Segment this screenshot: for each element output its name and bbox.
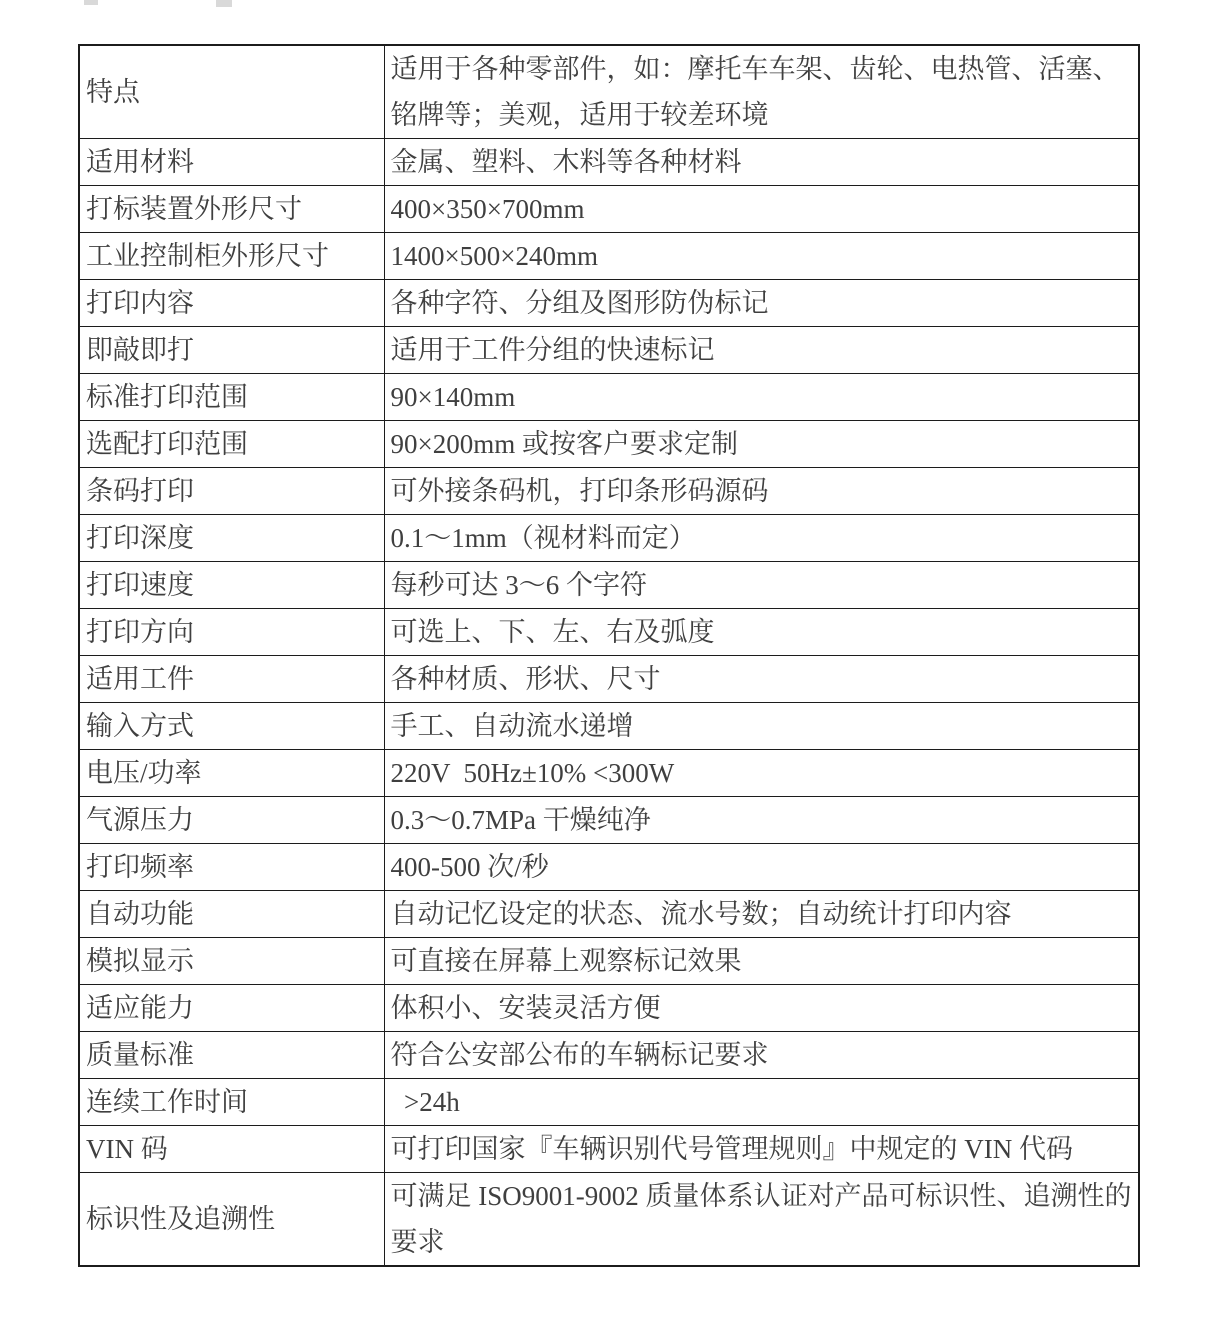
product-spec-table: 特点 适用于各种零部件，如：摩托车车架、齿轮、电热管、活塞、铭牌等；美观，适用于… [78,44,1140,1267]
table-row: 质量标准 符合公安部公布的车辆标记要求 [79,1032,1139,1079]
table-row: 特点 适用于各种零部件，如：摩托车车架、齿轮、电热管、活塞、铭牌等；美观，适用于… [79,45,1139,139]
spec-value: 可打印国家『车辆识别代号管理规则』中规定的 VIN 代码 [384,1126,1139,1173]
spec-value: 可直接在屏幕上观察标记效果 [384,938,1139,985]
spec-value: 可选上、下、左、右及弧度 [384,609,1139,656]
spec-value: 各种材质、形状、尺寸 [384,656,1139,703]
table-row: 电压/功率 220V 50Hz±10% <300W [79,750,1139,797]
spec-label: 条码打印 [79,468,384,515]
spec-label: 自动功能 [79,891,384,938]
spec-value: >24h [384,1079,1139,1126]
spec-value: 各种字符、分组及图形防伪标记 [384,280,1139,327]
table-row: 工业控制柜外形尺寸 1400×500×240mm [79,233,1139,280]
spec-value: 金属、塑料、木料等各种材料 [384,139,1139,186]
table-row: 模拟显示 可直接在屏幕上观察标记效果 [79,938,1139,985]
table-row: 自动功能 自动记忆设定的状态、流水号数；自动统计打印内容 [79,891,1139,938]
table-row: 打标装置外形尺寸 400×350×700mm [79,186,1139,233]
spec-value: 0.3～0.7MPa 干燥纯净 [384,797,1139,844]
spec-value: 400-500 次/秒 [384,844,1139,891]
table-row: 适用材料 金属、塑料、木料等各种材料 [79,139,1139,186]
table-row: 条码打印 可外接条码机，打印条形码源码 [79,468,1139,515]
table-row: 选配打印范围 90×200mm 或按客户要求定制 [79,421,1139,468]
table-row: 即敲即打 适用于工件分组的快速标记 [79,327,1139,374]
table-row: 标识性及追溯性 可满足 ISO9001-9002 质量体系认证对产品可标识性、追… [79,1173,1139,1267]
spec-value: 适用于工件分组的快速标记 [384,327,1139,374]
spec-value: 0.1～1mm（视材料而定） [384,515,1139,562]
table-row: 打印深度 0.1～1mm（视材料而定） [79,515,1139,562]
spec-value: 体积小、安装灵活方便 [384,985,1139,1032]
spec-label: 适用材料 [79,139,384,186]
spec-value: 220V 50Hz±10% <300W [384,750,1139,797]
document-page: 特点 适用于各种零部件，如：摩托车车架、齿轮、电热管、活塞、铭牌等；美观，适用于… [0,0,1214,1335]
table-row: 气源压力 0.3～0.7MPa 干燥纯净 [79,797,1139,844]
table-row: 打印频率 400-500 次/秒 [79,844,1139,891]
spec-value: 1400×500×240mm [384,233,1139,280]
scan-artifact [84,0,98,5]
spec-label: 气源压力 [79,797,384,844]
table-row: 适用工件 各种材质、形状、尺寸 [79,656,1139,703]
spec-value: 每秒可达 3～6 个字符 [384,562,1139,609]
spec-label: 电压/功率 [79,750,384,797]
spec-value: 自动记忆设定的状态、流水号数；自动统计打印内容 [384,891,1139,938]
spec-value: 符合公安部公布的车辆标记要求 [384,1032,1139,1079]
spec-value: 可外接条码机，打印条形码源码 [384,468,1139,515]
spec-label: 打标装置外形尺寸 [79,186,384,233]
spec-label: 工业控制柜外形尺寸 [79,233,384,280]
table-row: 打印方向 可选上、下、左、右及弧度 [79,609,1139,656]
spec-label: 标准打印范围 [79,374,384,421]
spec-label: 选配打印范围 [79,421,384,468]
table-row: 标准打印范围 90×140mm [79,374,1139,421]
spec-label: 打印速度 [79,562,384,609]
spec-label: 输入方式 [79,703,384,750]
table-row: VIN 码 可打印国家『车辆识别代号管理规则』中规定的 VIN 代码 [79,1126,1139,1173]
spec-label: 模拟显示 [79,938,384,985]
spec-label: 适用工件 [79,656,384,703]
spec-value: 可满足 ISO9001-9002 质量体系认证对产品可标识性、追溯性的要求 [384,1173,1139,1267]
spec-label: VIN 码 [79,1126,384,1173]
spec-label: 打印频率 [79,844,384,891]
table-row: 适应能力 体积小、安装灵活方便 [79,985,1139,1032]
spec-label: 打印深度 [79,515,384,562]
spec-label: 连续工作时间 [79,1079,384,1126]
spec-label: 即敲即打 [79,327,384,374]
table-row: 打印速度 每秒可达 3～6 个字符 [79,562,1139,609]
spec-value: 400×350×700mm [384,186,1139,233]
spec-label: 打印方向 [79,609,384,656]
spec-value: 适用于各种零部件，如：摩托车车架、齿轮、电热管、活塞、铭牌等；美观，适用于较差环… [384,45,1139,139]
spec-label: 特点 [79,45,384,139]
spec-value: 90×200mm 或按客户要求定制 [384,421,1139,468]
table-row: 连续工作时间 >24h [79,1079,1139,1126]
spec-value: 手工、自动流水递增 [384,703,1139,750]
scan-artifact [216,0,232,7]
table-row: 打印内容 各种字符、分组及图形防伪标记 [79,280,1139,327]
spec-label: 标识性及追溯性 [79,1173,384,1267]
table-row: 输入方式 手工、自动流水递增 [79,703,1139,750]
spec-label: 适应能力 [79,985,384,1032]
spec-value: 90×140mm [384,374,1139,421]
spec-label: 质量标准 [79,1032,384,1079]
spec-label: 打印内容 [79,280,384,327]
